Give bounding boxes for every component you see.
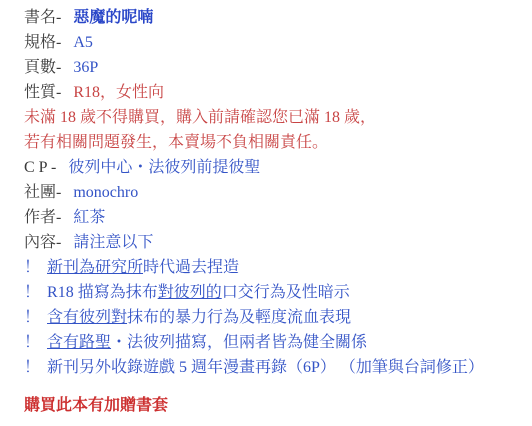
product-description: 書名-惡魔的呢喃 規格-A5 頁數-36P 性質-R18，女性向 未滿 18 歲… [24, 5, 526, 418]
note-text-after: 抹布的暴力行為及輕度流血表現 [127, 309, 351, 326]
field-value-format: A5 [73, 34, 93, 51]
note-line: ！含有彼列對抹布的暴力行為及輕度流血表現 [24, 305, 526, 330]
field-label-rating: 性質- [24, 84, 61, 101]
field-value-circle: monochro [73, 184, 138, 201]
age-warning-line-2: 若有相關問題發生，本賣場不負相關責任。 [24, 130, 526, 155]
field-row-circle: 社團-monochro [24, 180, 526, 205]
field-row-content: 內容-請注意以下 [24, 230, 526, 255]
note-text-after: 口交行為及性暗示 [222, 284, 350, 301]
field-label-format: 規格- [24, 34, 61, 51]
field-row-rating: 性質-R18，女性向 [24, 80, 526, 105]
field-value-content: 請注意以下 [73, 234, 153, 251]
exclamation-mark: ！ [24, 334, 40, 351]
note-text-underlined: 含有路聖 [47, 334, 111, 351]
note-text-before: 新刊另外收錄遊戲 5 週年漫畫再錄（6P） （加筆與台詞修正） [47, 359, 484, 376]
field-row-format: 規格-A5 [24, 30, 526, 55]
field-value-rating: R18，女性向 [73, 84, 164, 101]
note-text-underlined: 含有彼列對 [47, 309, 127, 326]
note-text-underlined: 新刊為研究所 [47, 259, 143, 276]
field-label-title: 書名- [24, 9, 61, 26]
bonus-cover-notice: 購買此本有加贈書套 [24, 393, 526, 418]
exclamation-mark: ！ [24, 309, 40, 326]
field-row-cp: C P -彼列中心・法彼列前提彼聖 [24, 155, 526, 180]
field-value-cp: 彼列中心・法彼列前提彼聖 [68, 159, 260, 176]
field-row-author: 作者-紅茶 [24, 205, 526, 230]
field-label-pages: 頁數- [24, 59, 61, 76]
field-row-title: 書名-惡魔的呢喃 [24, 5, 526, 30]
note-text-after: 時代過去捏造 [143, 259, 239, 276]
note-text-underlined: 對彼列的 [158, 284, 222, 301]
field-value-pages: 36P [73, 59, 98, 76]
note-line: ！新刊為研究所時代過去捏造 [24, 255, 526, 280]
field-label-cp: C P - [24, 159, 56, 176]
field-value-author: 紅茶 [73, 209, 105, 226]
exclamation-mark: ！ [24, 284, 40, 301]
note-line: ！含有路聖・法彼列描寫，但兩者皆為健全關係 [24, 330, 526, 355]
exclamation-mark: ！ [24, 259, 40, 276]
note-text-after: ・法彼列描寫，但兩者皆為健全關係 [111, 334, 367, 351]
note-line: ！新刊另外收錄遊戲 5 週年漫畫再錄（6P） （加筆與台詞修正） [24, 355, 526, 380]
exclamation-mark: ！ [24, 359, 40, 376]
field-row-pages: 頁數-36P [24, 55, 526, 80]
field-label-circle: 社團- [24, 184, 61, 201]
note-text-before: R18 描寫為抹布 [47, 284, 158, 301]
note-line: ！R18 描寫為抹布對彼列的口交行為及性暗示 [24, 280, 526, 305]
age-warning-line-1: 未滿 18 歲不得購買，購入前請確認您已滿 18 歲， [24, 105, 526, 130]
field-value-title: 惡魔的呢喃 [73, 9, 153, 26]
field-label-content: 內容- [24, 234, 61, 251]
field-label-author: 作者- [24, 209, 61, 226]
